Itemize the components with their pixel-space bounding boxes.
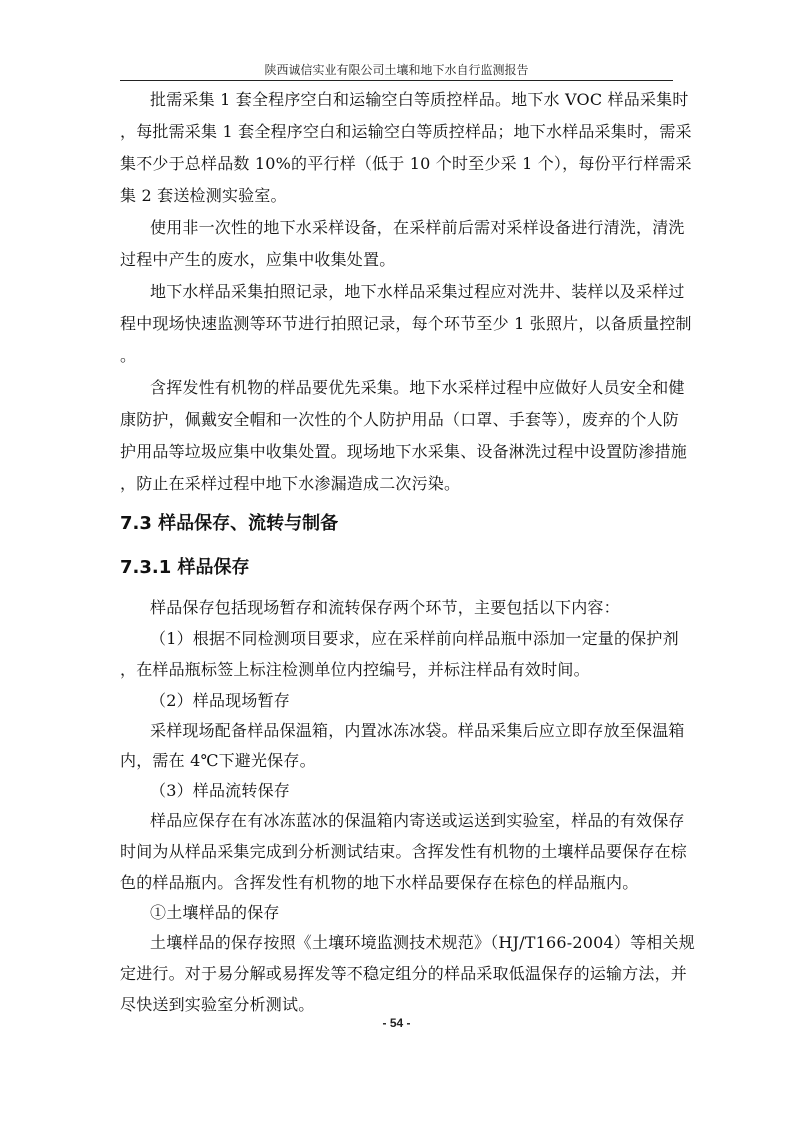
text-line: 含挥发性有机物的样品要优先采集。地下水采样过程中应做好人员安全和健 — [120, 372, 673, 404]
text-line: ，防止在采样过程中地下水渗漏造成二次污染。 — [120, 468, 673, 500]
page-header: 陕西诚信实业有限公司土壤和地下水自行监测报告 — [120, 62, 673, 78]
text-line: （1）根据不同检测项目要求，应在采样前向样品瓶中添加一定量的保护剂 — [120, 624, 673, 654]
sub-item-title-soil-storage: ①土壤样品的保存 — [120, 898, 673, 928]
text-line: 内，需在 4℃下避光保存。 — [120, 746, 673, 776]
text-line: 地下水样品采集拍照记录，地下水样品采集过程应对洗井、装样以及采样过 — [120, 276, 673, 308]
text-line: 康防护，佩戴安全帽和一次性的个人防护用品（口罩、手套等），废弃的个人防 — [120, 404, 673, 436]
paragraph-qc-samples: 批需采集 1 套全程序空白和运输空白等质控样品。地下水 VOC 样品采集时 ，每… — [120, 84, 673, 212]
text-line: 样品保存包括现场暂存和流转保存两个环节，主要包括以下内容： — [120, 592, 673, 624]
text-line: 样品应保存在有冰冻蓝冰的保温箱内寄送或运送到实验室，样品的有效保存 — [120, 806, 673, 836]
paragraph-soil-storage: 土壤样品的保存按照《土壤环境监测技术规范》（HJ/T166-2004）等相关规 … — [120, 928, 673, 1020]
list-item-title-onsite-storage: （2）样品现场暂存 — [120, 686, 673, 716]
text-line: 定进行。对于易分解或易挥发等不稳定组分的样品采取低温保存的运输方法，并 — [120, 958, 673, 990]
text-line: 过程中产生的废水，应集中收集处置。 — [120, 244, 673, 276]
text-line: 批需采集 1 套全程序空白和运输空白等质控样品。地下水 VOC 样品采集时 — [120, 84, 673, 116]
text-line: 采样现场配备样品保温箱，内置冰冻冰袋。样品采集后应立即存放至保温箱 — [120, 716, 673, 746]
text-line: 色的样品瓶内。含挥发性有机物的地下水样品要保存在棕色的样品瓶内。 — [120, 868, 673, 898]
text-line: ，在样品瓶标签上标注检测单位内控编号，并标注样品有效时间。 — [120, 654, 673, 686]
text-line: ，每批需采集 1 套全程序空白和运输空白等质控样品；地下水样品采集时，需采 — [120, 116, 673, 148]
list-item-title-transfer-storage: （3）样品流转保存 — [120, 776, 673, 806]
text-line: 集不少于总样品数 10%的平行样（低于 10 个时至少采 1 个），每份平行样需… — [120, 148, 673, 180]
text-line: 集 2 套送检测实验室。 — [120, 180, 673, 212]
text-line: 使用非一次性的地下水采样设备，在采样前后需对采样设备进行清洗，清洗 — [120, 212, 673, 244]
text-line: 。 — [120, 340, 673, 372]
page-number: - 54 - — [0, 1016, 793, 1030]
header-rule — [120, 80, 673, 81]
paragraph-voc-safety: 含挥发性有机物的样品要优先采集。地下水采样过程中应做好人员安全和健 康防护，佩戴… — [120, 372, 673, 500]
section-heading-7-3-1: 7.3.1 样品保存 — [120, 548, 673, 588]
paragraph-storage-intro: 样品保存包括现场暂存和流转保存两个环节，主要包括以下内容： — [120, 592, 673, 624]
text-line: 土壤样品的保存按照《土壤环境监测技术规范》（HJ/T166-2004）等相关规 — [120, 928, 673, 958]
text-line: 护用品等垃圾应集中收集处置。现场地下水采集、设备淋洗过程中设置防渗措施 — [120, 436, 673, 468]
paragraph-transfer-storage: 样品应保存在有冰冻蓝冰的保温箱内寄送或运送到实验室，样品的有效保存 时间为从样品… — [120, 806, 673, 898]
section-heading-7-3: 7.3 样品保存、流转与制备 — [120, 504, 673, 544]
text-line: 程中现场快速监测等环节进行拍照记录，每个环节至少 1 张照片，以备质量控制 — [120, 308, 673, 340]
document-body: 批需采集 1 套全程序空白和运输空白等质控样品。地下水 VOC 样品采集时 ，每… — [120, 84, 673, 1020]
list-item-preservative: （1）根据不同检测项目要求，应在采样前向样品瓶中添加一定量的保护剂 ，在样品瓶标… — [120, 624, 673, 686]
paragraph-equipment-cleaning: 使用非一次性的地下水采样设备，在采样前后需对采样设备进行清洗，清洗 过程中产生的… — [120, 212, 673, 276]
text-line: 时间为从样品采集完成到分析测试结束。含挥发性有机物的土壤样品要保存在棕 — [120, 836, 673, 868]
paragraph-onsite-storage: 采样现场配备样品保温箱，内置冰冻冰袋。样品采集后应立即存放至保温箱 内，需在 4… — [120, 716, 673, 776]
paragraph-photo-record: 地下水样品采集拍照记录，地下水样品采集过程应对洗井、装样以及采样过 程中现场快速… — [120, 276, 673, 372]
